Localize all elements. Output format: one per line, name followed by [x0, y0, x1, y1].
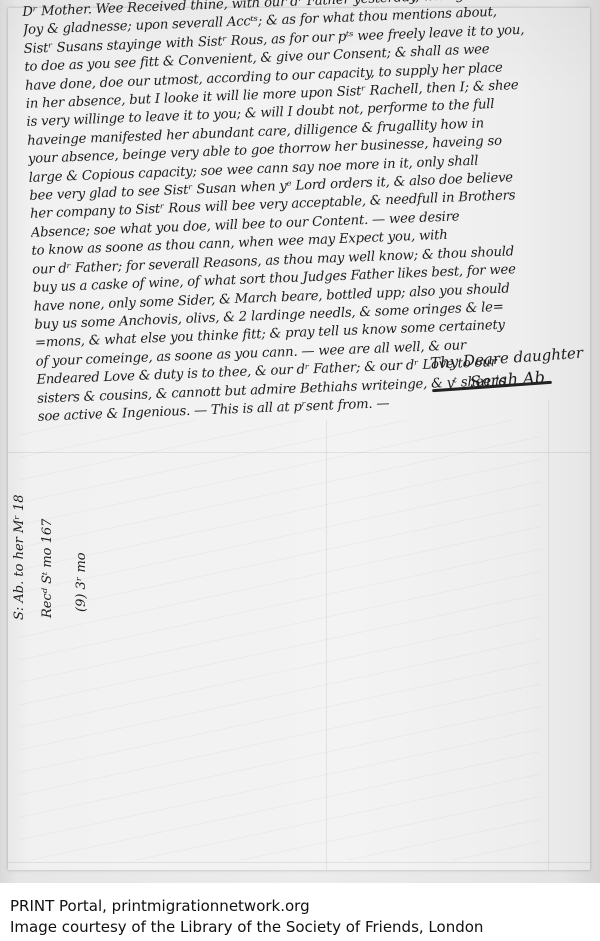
fold-line	[548, 400, 549, 870]
caption-source: PRINT Portal, printmigrationnetwork.org	[10, 896, 483, 917]
ink-bleed-through	[20, 420, 540, 860]
endorsement-line-2: Recᵈ Sᵗ mo 167	[40, 519, 55, 618]
image-caption: PRINT Portal, printmigrationnetwork.org …	[10, 896, 483, 938]
fold-line	[8, 862, 590, 863]
endorsement-line-1: S: Ab. to her Mʳ 18	[12, 495, 27, 621]
caption-credit: Image courtesy of the Library of the Soc…	[10, 917, 483, 938]
endorsement-line-3: (9) 3ʳ mo	[74, 552, 89, 612]
